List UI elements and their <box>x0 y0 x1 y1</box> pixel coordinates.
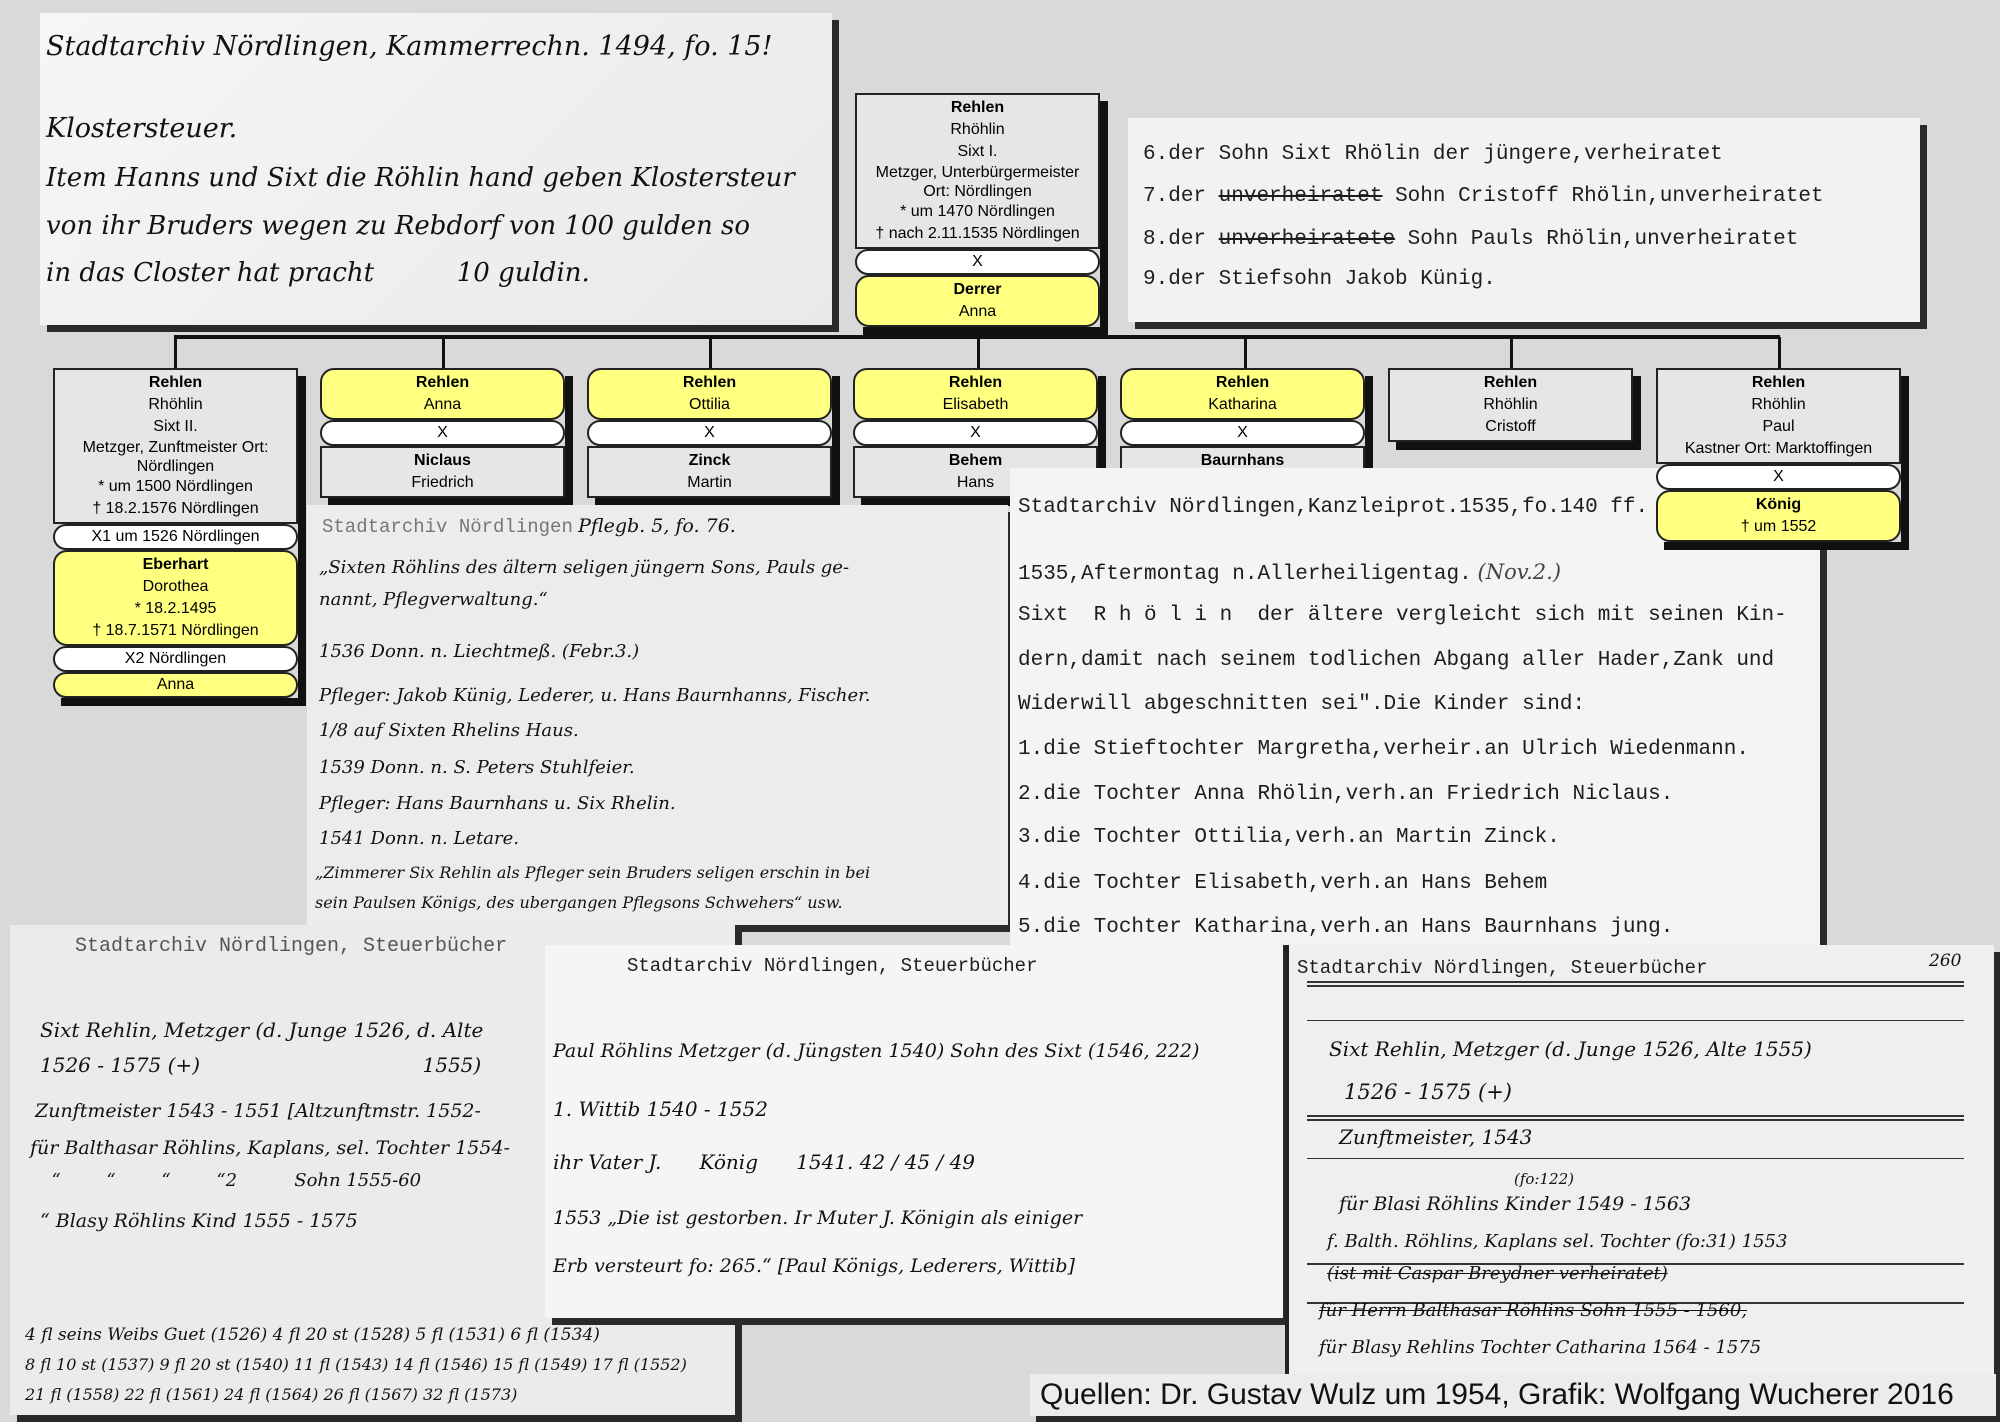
doc-line: für Blasy Rehlins Tochter Catharina 1564… <box>1319 1337 1761 1358</box>
death: † 18.7.1571 Nördlingen <box>55 620 296 642</box>
list-item: 7.der unverheiratet Sohn Cristoff Rhölin… <box>1143 185 1824 208</box>
marriage-marker: X <box>1120 420 1365 446</box>
tree-connector-child <box>1244 337 1247 368</box>
surname: Niclaus <box>322 450 563 472</box>
ruled-line <box>1307 1119 1964 1121</box>
tree-connector-child <box>1510 337 1513 368</box>
doc-line: 1541 Donn. n. Letare. <box>319 828 519 849</box>
tree-connector-child <box>1778 337 1781 368</box>
marriage-marker: X <box>1656 464 1901 490</box>
ruled-line <box>1307 1020 1964 1021</box>
list-item: 5.die Tochter Katharina,verh.an Hans Bau… <box>1018 916 1673 939</box>
doc-line: Klostersteuer. <box>46 113 237 144</box>
doc-line: 1539 Donn. n. S. Peters Stuhlfeier. <box>319 757 635 778</box>
surname: Rehlen <box>1390 372 1631 394</box>
doc-line: 1526 - 1575 (+) 1555) <box>40 1053 481 1077</box>
spouse-derrer-anna: Derrer Anna <box>855 275 1100 327</box>
given-name: Elisabeth <box>855 394 1096 416</box>
doc-header: Stadtarchiv Nördlingen Pflegb. 5, fo. 76… <box>322 515 736 538</box>
person-main: Rehlen Anna <box>320 368 565 420</box>
marriage-marker-2: X2 Nördlingen <box>53 646 298 672</box>
list-item: 2.die Tochter Anna Rhölin,verh.an Friedr… <box>1018 783 1673 806</box>
tree-connector-child <box>174 337 177 368</box>
death: † 18.2.1576 Nördlingen <box>55 498 296 520</box>
doc-header: Stadtarchiv Nördlingen, Steuerbücher <box>627 955 1037 977</box>
surname: Derrer <box>857 279 1098 301</box>
person-main: Rehlen Katharina <box>1120 368 1365 420</box>
doc-date-line: 1535,Aftermontag n.Allerheiligentag. (No… <box>1018 560 1561 586</box>
doc-line: Zunftmeister, 1543 <box>1339 1125 1532 1149</box>
person-main: Rehlen Rhöhlin Paul Kastner Ort: Marktof… <box>1656 368 1901 464</box>
doc-line: dern,damit nach seinem todlichen Abgang … <box>1018 649 1774 672</box>
doc-line: für Blasi Röhlins Kinder 1549 - 1563 <box>1339 1193 1691 1215</box>
birth: * um 1470 Nördlingen <box>857 201 1098 223</box>
given-name: Ottilia <box>589 394 830 416</box>
struck-text: unverheiratet <box>1219 185 1383 208</box>
doc-line: Widerwill abgeschnitten sei".Die Kinder … <box>1018 693 1585 716</box>
document-steuerbuecher-sixt-card: Stadtarchiv Nördlingen, Steuerbücher 260… <box>1285 945 1994 1377</box>
ruled-line <box>1307 1158 1964 1159</box>
alias-name: Rhöhlin <box>55 394 296 416</box>
doc-line: von ihr Bruders wegen zu Rebdorf von 100… <box>46 211 750 241</box>
doc-line: Sixt Rehlin, Metzger (d. Junge 1526, d. … <box>40 1018 483 1042</box>
surname: Rehlen <box>589 372 830 394</box>
doc-header: Stadtarchiv Nördlingen,Kanzleiprot.1535,… <box>1018 496 1648 519</box>
person-main: Rehlen Elisabeth <box>853 368 1098 420</box>
ruled-line <box>1307 981 1964 983</box>
doc-line: Pfleger: Hans Baurnhans u. Six Rhelin. <box>319 793 676 814</box>
given-name: Anna <box>857 301 1098 323</box>
doc-line: sein Paulsen Königs, des ubergangen Pfle… <box>315 893 843 912</box>
alias-name: Rhöhlin <box>1390 394 1631 416</box>
list-item: 8.der unverheiratete Sohn Pauls Rhölin,u… <box>1143 228 1798 251</box>
document-steuerbuecher-paul: Stadtarchiv Nördlingen, Steuerbücher Pau… <box>545 945 1283 1318</box>
given-name: Sixt II. <box>55 416 296 438</box>
person-card-sixt-ii[interactable]: Rehlen Rhöhlin Sixt II. Metzger, Zunftme… <box>53 368 298 698</box>
death: † nach 2.11.1535 Nördlingen <box>857 223 1098 245</box>
list-item: 3.die Tochter Ottilia,verh.an Martin Zin… <box>1018 826 1560 849</box>
marriage-marker: X <box>855 249 1100 275</box>
ruled-line <box>1307 985 1964 987</box>
given-name: Anna <box>322 394 563 416</box>
tree-connector-child <box>709 337 712 368</box>
occupation: Metzger, Zunftmeister Ort: Nördlingen <box>55 438 296 476</box>
person-card-ottilia[interactable]: Rehlen Ottilia X Zinck Martin <box>587 368 832 498</box>
ruled-line <box>1307 1115 1964 1117</box>
marriage-marker: X <box>587 420 832 446</box>
person-main: Rehlen Rhöhlin Sixt II. Metzger, Zunftme… <box>53 368 298 524</box>
spouse-koenig: König † um 1552 <box>1656 490 1901 542</box>
struck-text: unverheiratete <box>1219 228 1395 251</box>
surname: Rehlen <box>857 97 1098 119</box>
tax-line: 4 fl seins Weibs Guet (1526) 4 fl 20 st … <box>25 1325 600 1345</box>
spouse-niclaus-friedrich: Niclaus Friedrich <box>320 446 565 498</box>
document-children-list-continued: 6.der Sohn Sixt Rhölin der jüngere,verhe… <box>1128 118 1920 322</box>
doc-line: Pfleger: Jakob Künig, Lederer, u. Hans B… <box>319 685 870 706</box>
document-pflegbuch: Stadtarchiv Nördlingen Pflegb. 5, fo. 76… <box>307 505 1008 925</box>
birth: * um 1500 Nördlingen <box>55 476 296 498</box>
doc-line: „Sixten Röhlins des ältern seligen jünge… <box>319 557 849 578</box>
person-main: Rehlen Rhöhlin Cristoff <box>1388 368 1633 442</box>
doc-line: ihr Vater J. König 1541. 42 / 45 / 49 <box>553 1150 975 1174</box>
alias-name: Rhöhlin <box>1658 394 1899 416</box>
doc-line: Sixt Rehlin, Metzger (d. Junge 1526, Alt… <box>1329 1037 1812 1061</box>
doc-line: f. Balth. Röhlins, Kaplans sel. Tochter … <box>1327 1231 1787 1252</box>
spouse-zinck-martin: Zinck Martin <box>587 446 832 498</box>
doc-line: „Zimmerer Six Rehlin als Pfleger sein Br… <box>315 863 870 882</box>
place: Ort: Nördlingen <box>857 182 1098 201</box>
doc-line: Erb versteurt fo: 265.“ [Paul Königs, Le… <box>553 1255 1075 1277</box>
person-main: Rehlen Rhöhlin Sixt I. Metzger, Unterbür… <box>855 93 1100 249</box>
given-name: Dorothea <box>55 576 296 598</box>
person-card-sixt-i[interactable]: Rehlen Rhöhlin Sixt I. Metzger, Unterbür… <box>855 93 1100 327</box>
surname: Rehlen <box>322 372 563 394</box>
doc-line: 1. Wittib 1540 - 1552 <box>553 1097 768 1121</box>
doc-line: Zunftmeister 1543 - 1551 [Altzunftmstr. … <box>35 1100 481 1122</box>
tree-connector-child <box>442 337 445 368</box>
doc-line: 1536 Donn. n. Liechtmeß. (Febr.3.) <box>319 641 639 662</box>
alias-name: Rhöhlin <box>857 119 1098 141</box>
given-name: Paul <box>1658 416 1899 438</box>
death: † um 1552 <box>1658 516 1899 538</box>
doc-line: für Balthasar Röhlins, Kaplans, sel. Toc… <box>30 1137 510 1159</box>
marriage-marker: X <box>853 420 1098 446</box>
doc-line: “ Blasy Röhlins Kind 1555 - 1575 <box>40 1210 358 1232</box>
given-name: Katharina <box>1122 394 1363 416</box>
given-name: Martin <box>589 472 830 494</box>
doc-line: nannt, Pflegverwaltung.“ <box>319 589 548 610</box>
person-main: Rehlen Ottilia <box>587 368 832 420</box>
doc-line: Paul Röhlins Metzger (d. Jüngsten 1540) … <box>553 1040 1199 1062</box>
doc-line: 1553 „Die ist gestorben. Ir Muter J. Kön… <box>553 1207 1082 1229</box>
source-caption: Quellen: Dr. Gustav Wulz um 1954, Grafik… <box>1030 1374 1996 1416</box>
person-card-cristoff[interactable]: Rehlen Rhöhlin Cristoff <box>1388 368 1633 442</box>
list-item: 9.der Stiefsohn Jakob Künig. <box>1143 268 1496 291</box>
doc-line-struck: (ist mit Caspar Breydner verheiratet) <box>1327 1263 1668 1284</box>
surname: Eberhart <box>55 554 296 576</box>
page-number: 260 <box>1929 951 1961 971</box>
tree-connector-child <box>977 337 980 368</box>
surname: König <box>1658 494 1899 516</box>
surname: Zinck <box>589 450 830 472</box>
given-name: Cristoff <box>1390 416 1631 438</box>
surname: Rehlen <box>855 372 1096 394</box>
marriage-marker: X <box>320 420 565 446</box>
doc-line: Item Hanns und Sixt die Röhlin hand gebe… <box>46 163 795 193</box>
doc-line: 1526 - 1575 (+) <box>1344 1080 1512 1104</box>
document-kammerrechnung-1494: Stadtarchiv Nördlingen, Kammerrechn. 149… <box>40 13 832 325</box>
spouse-anna: Anna <box>53 672 298 698</box>
doc-line: in das Closter hat pracht 10 guldin. <box>46 258 590 288</box>
occupation: Kastner Ort: Marktoffingen <box>1658 438 1899 460</box>
given-name: Friedrich <box>322 472 563 494</box>
surname: Rehlen <box>55 372 296 394</box>
list-item: 1.die Stieftochter Margretha,verheir.an … <box>1018 738 1749 761</box>
given-name: Sixt I. <box>857 141 1098 163</box>
doc-line: “ “ “ “2 Sohn 1555-60 <box>40 1170 421 1191</box>
doc-line-struck: für Herrn Balthasar Röhlins Sohn 1555 - … <box>1319 1300 1747 1321</box>
doc-line: 1/8 auf Sixten Rhelins Haus. <box>319 720 579 741</box>
doc-line: (fo:122) <box>1514 1170 1574 1188</box>
marriage-marker-1: X1 um 1526 Nördlingen <box>53 524 298 550</box>
spouse-eberhart-dorothea: Eberhart Dorothea * 18.2.1495 † 18.7.157… <box>53 550 298 646</box>
surname: Rehlen <box>1658 372 1899 394</box>
birth: * 18.2.1495 <box>55 598 296 620</box>
doc-header: Stadtarchiv Nördlingen, Kammerrechn. 149… <box>46 31 772 62</box>
list-item: 4.die Tochter Elisabeth,verh.an Hans Beh… <box>1018 872 1547 895</box>
tax-line: 21 fl (1558) 22 fl (1561) 24 fl (1564) 2… <box>25 1385 517 1404</box>
person-card-paul[interactable]: Rehlen Rhöhlin Paul Kastner Ort: Marktof… <box>1656 368 1901 542</box>
doc-header: Stadtarchiv Nördlingen, Steuerbücher <box>1297 957 1707 979</box>
occupation: Metzger, Unterbürgermeister <box>857 163 1098 182</box>
doc-header: Stadtarchiv Nördlingen, Steuerbücher <box>75 935 507 958</box>
surname: Rehlen <box>1122 372 1363 394</box>
person-card-anna[interactable]: Rehlen Anna X Niclaus Friedrich <box>320 368 565 498</box>
list-item: 6.der Sohn Sixt Rhölin der jüngere,verhe… <box>1143 143 1723 166</box>
doc-line: Sixt R h ö l i n der ältere vergleicht s… <box>1018 604 1787 627</box>
tax-line: 8 fl 10 st (1537) 9 fl 20 st (1540) 11 f… <box>25 1355 687 1374</box>
